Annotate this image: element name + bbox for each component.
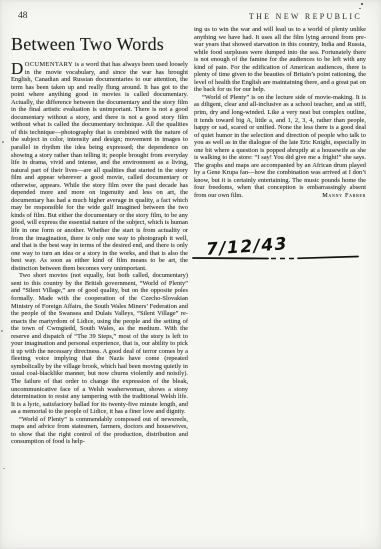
scan-speck — [1, 330, 3, 332]
byline: Manny Farber — [308, 192, 366, 200]
paragraph-text: is a word that has always been used loos… — [11, 61, 188, 272]
drop-cap: D — [11, 61, 25, 76]
paragraph: DOCUMENTARY is a word that has always be… — [11, 61, 188, 272]
page-number: 48 — [18, 11, 28, 21]
pen-underline — [190, 252, 362, 262]
scan-speck — [3, 468, 5, 469]
scan-speck — [2, 141, 4, 143]
scan-speck — [361, 3, 363, 5]
paragraph-text: “World of Plenty” is on the lecture side… — [194, 94, 366, 199]
lead-word: OCUMENTARY — [25, 61, 73, 68]
paragraph: “World of Plenty” is commendably compose… — [11, 416, 188, 446]
scanned-page: 48 THE NEW REPUBLIC Between Two Words DO… — [0, 0, 381, 549]
scan-speck — [359, 8, 361, 9]
masthead: THE NEW REPUBLIC — [249, 12, 362, 21]
article-title: Between Two Words — [11, 34, 188, 54]
paragraph: ing us to win the war and will lead us t… — [194, 26, 366, 94]
paragraph: “World of Plenty” is on the lecture side… — [194, 94, 366, 200]
right-column: ing us to win the war and will lead us t… — [194, 26, 366, 200]
left-column: Between Two Words DOCUMENTARY is a word … — [11, 34, 188, 446]
paragraph: Two short movies (not equally, but both … — [11, 272, 188, 415]
